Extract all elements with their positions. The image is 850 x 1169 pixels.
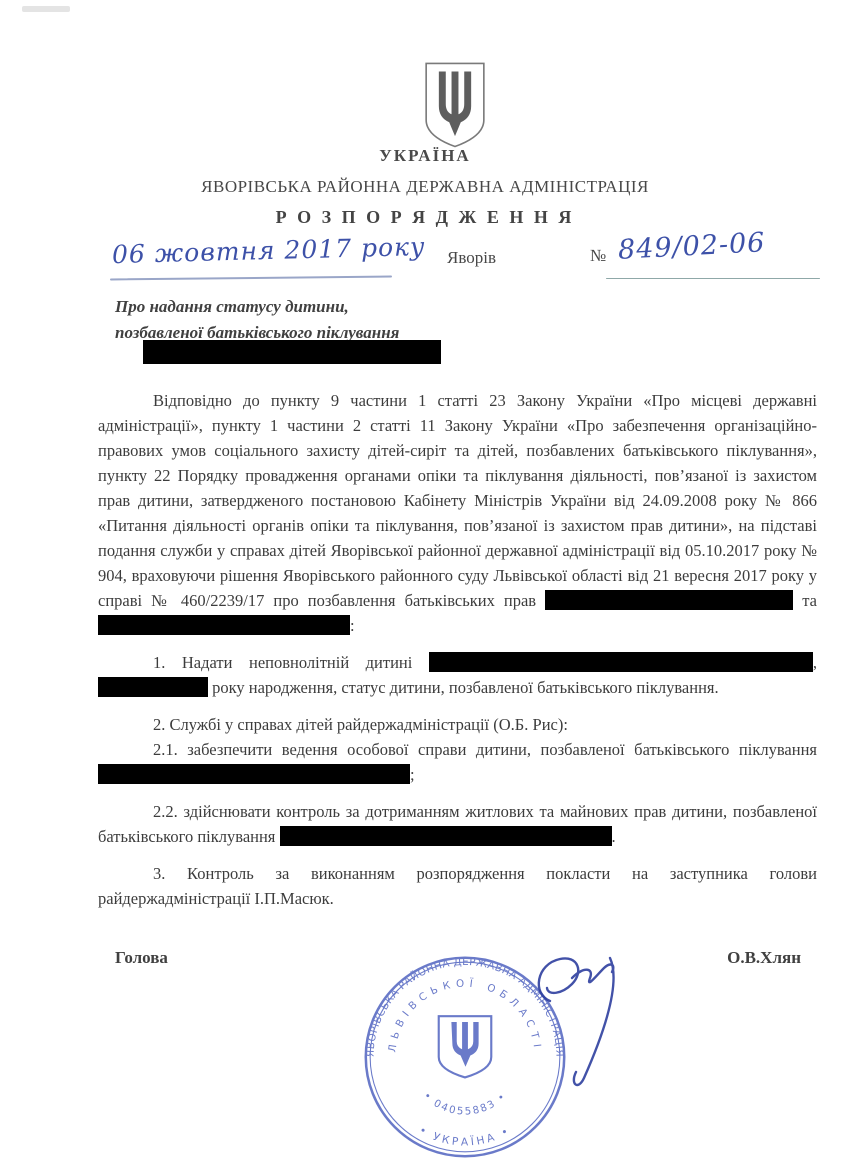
handwritten-number: 849/02-06 [617,227,766,266]
redaction-bar [143,340,441,364]
redaction-bar [98,615,350,635]
document-type-title: Р О З П О Р Я Д Ж Е Н Н Я [0,207,850,228]
handwritten-date: 06 жовтня 2017 року [112,232,426,269]
seal-code-text: • 04055883 • [421,1091,509,1118]
country-title: УКРАЇНА [0,146,850,166]
svg-text:• 04055883 •: • 04055883 • [421,1091,509,1118]
subject-line-1: Про надання статусу дитини, [115,297,349,316]
preamble-paragraph: Відповідно до пункту 9 частини 1 статті … [98,388,817,638]
place-name: Яворів [447,248,496,268]
item-1: 1. Надати неповнолітній дитині , року на… [98,650,817,700]
item-3-text: 3. Контроль за виконанням розпорядження … [98,864,817,908]
preamble-colon: : [350,616,355,635]
subject-block: Про надання статусу дитини, позбавленої … [115,294,575,346]
signer-name: О.В.Хлян [727,945,801,970]
item-2-2-period: . [612,827,616,846]
item-3: 3. Контроль за виконанням розпорядження … [98,861,817,911]
redaction-bar [98,677,208,697]
preamble-text: Відповідно до пункту 9 частини 1 статті … [98,391,817,610]
item-1-comma: , [813,653,817,672]
item-2: 2. Службі у справах дітей райдержадмініс… [98,712,817,737]
scanned-document-page: УКРАЇНА ЯВОРІВСЬКА РАЙОННА ДЕРЖАВНА АДМІ… [0,0,850,1169]
date-underline [110,276,392,281]
redaction-bar [429,652,813,672]
item-2-2: 2.2. здійснювати контроль за дотриманням… [98,799,817,849]
preamble-conjunction: та [802,591,817,610]
item-2-1-semicolon: ; [410,765,415,784]
redaction-bar [280,826,612,846]
redaction-bar [545,590,793,610]
scan-artifact [22,6,70,12]
coat-of-arms-trident-icon [412,60,498,150]
seal-country-text: • УКРАЇНА • [417,1123,513,1148]
seal-trident-icon [439,1016,492,1077]
item-2-1-text: 2.1. забезпечити ведення особової справи… [153,740,817,759]
item-1-text-b: року народження, статус дитини, позбавле… [212,678,719,697]
redaction-bar [98,764,410,784]
number-underline [606,278,820,279]
signer-title: Голова [115,945,168,970]
handwritten-signature [520,946,670,1131]
item-2-text: 2. Службі у справах дітей райдержадмініс… [153,715,568,734]
svg-text:• УКРАЇНА •: • УКРАЇНА • [417,1123,513,1148]
item-2-1: 2.1. забезпечити ведення особової справи… [98,737,817,787]
document-body: Відповідно до пункту 9 частини 1 статті … [98,388,817,970]
organization-title: ЯВОРІВСЬКА РАЙОННА ДЕРЖАВНА АДМІНІСТРАЦІ… [0,177,850,197]
item-1-text-a: 1. Надати неповнолітній дитині [153,653,412,672]
number-label: № [590,246,606,266]
